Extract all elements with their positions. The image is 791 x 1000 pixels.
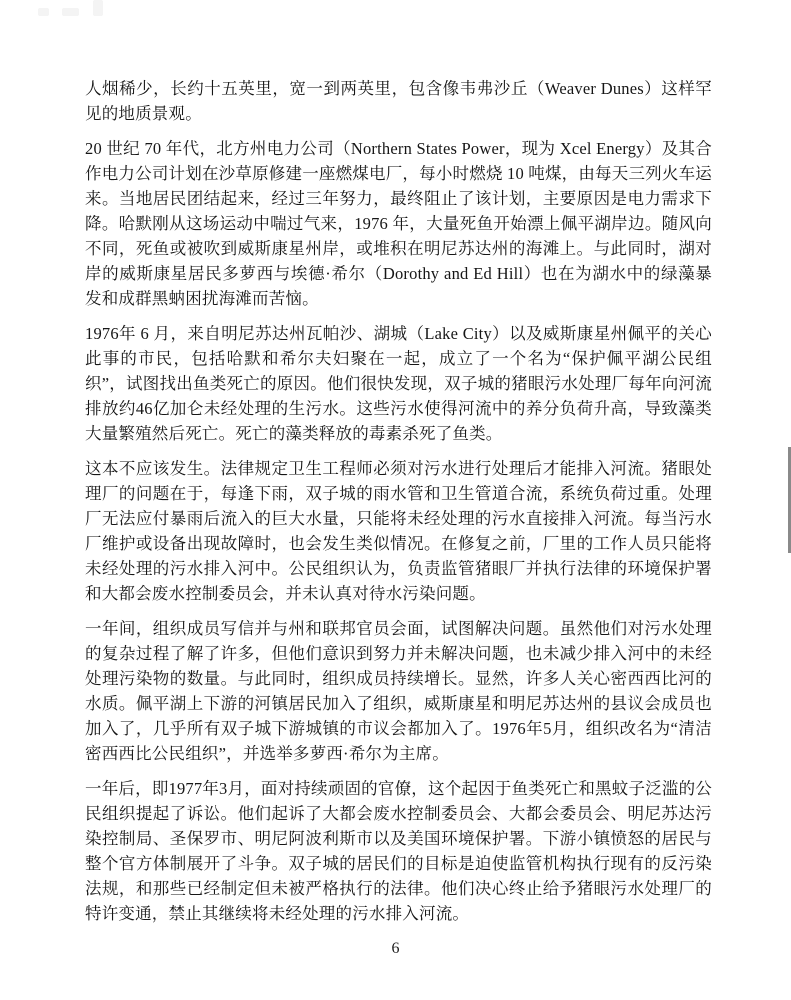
paragraph-5: 一年间，组织成员写信并与州和联邦官员会面，试图解决问题。虽然他们对污水处理的复杂… bbox=[85, 616, 712, 766]
paragraph-6: 一年后，即1977年3月，面对持续顽固的官僚，这个起因于鱼类死亡和黑蚊子泛滥的公… bbox=[85, 776, 712, 926]
document-page: 人烟稀少，长约十五英里，宽一到两英里，包含像韦弗沙丘（Weaver Dunes）… bbox=[0, 0, 791, 1000]
scan-smudge-artifact bbox=[62, 8, 79, 16]
paragraph-3: 1976年 6 月，来自明尼苏达州瓦帕沙、湖城（Lake City）以及威斯康星… bbox=[85, 321, 712, 446]
page-content: 人烟稀少，长约十五英里，宽一到两英里，包含像韦弗沙丘（Weaver Dunes）… bbox=[85, 76, 712, 936]
paragraph-1: 人烟稀少，长约十五英里，宽一到两英里，包含像韦弗沙丘（Weaver Dunes）… bbox=[85, 76, 712, 126]
scan-smudge-artifact bbox=[38, 8, 49, 16]
paragraph-2: 20 世纪 70 年代，北方州电力公司（Northern States Powe… bbox=[85, 136, 712, 311]
scan-smudge-artifact bbox=[93, 0, 103, 16]
page-number: 6 bbox=[0, 940, 791, 958]
paragraph-4: 这本不应该发生。法律规定卫生工程师必须对污水进行处理后才能排入河流。猪眼处理厂的… bbox=[85, 456, 712, 606]
